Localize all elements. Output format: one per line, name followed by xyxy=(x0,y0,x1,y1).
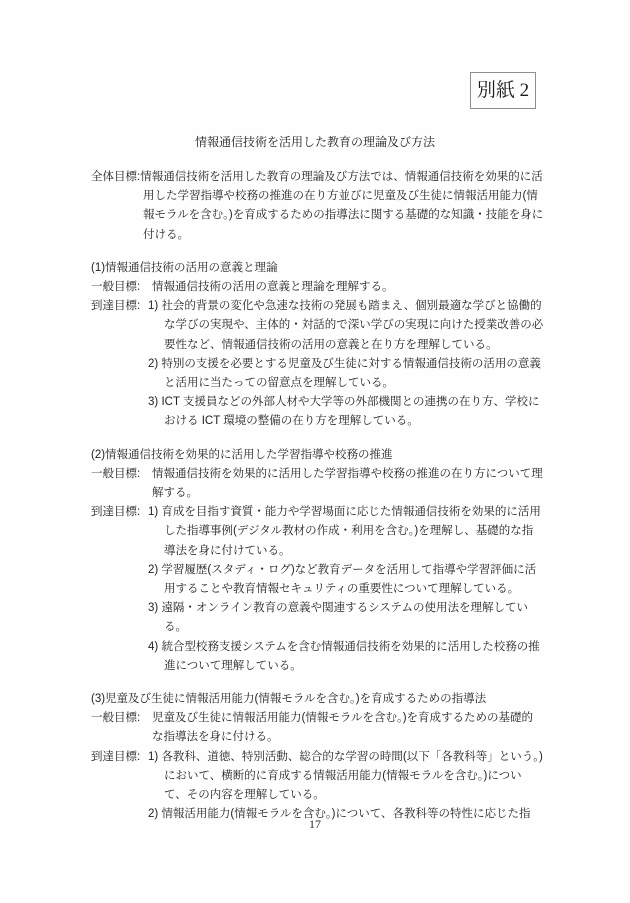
section-2-heading: (2)情報通信技術を効果的に活用した学習指導や校務の推進 xyxy=(91,446,544,465)
item-text: 統合型校務支援システムを含む情報通信技術を効果的に活用した校務の推進について理解… xyxy=(161,641,539,672)
attainment-items: 1) 育成を目指す資質・能力や学習場面に応じた情報通信技術を効果的に活用した指導… xyxy=(148,503,544,676)
overall-goal-paragraph: 全体目標:情報通信技術を活用した教育の理論及び方法では、情報通信技術を効果的に活… xyxy=(91,168,544,245)
section-3: (3)児童及び生徒に情報活用能力(情報モラルを含む。)を育成するための指導法 一… xyxy=(91,690,544,824)
general-goal-text: 児童及び生徒に情報活用能力(情報モラルを含む。)を育成するための基礎的な指導法を… xyxy=(152,709,544,747)
attainment-items: 1) 社会的背景の変化や急速な技術の発展も踏まえ、個別最適な学びと協働的な学びの… xyxy=(148,297,544,431)
item-number: 1) xyxy=(148,506,158,518)
general-goal-text: 情報通信技術の活用の意義と理論を理解する。 xyxy=(152,278,544,297)
item-number: 4) xyxy=(148,641,158,653)
overall-goal-text: 情報通信技術を活用した教育の理論及び方法では、情報通信技術を効果的に活用した学習… xyxy=(140,171,543,241)
item-text: 各教科、道徳、特別活動、総合的な学習の時間(以下「各教科等」という。)において、… xyxy=(161,751,542,801)
item-text: 遠隔・オンライン教育の意義や関連するシステムの使用法を理解している。 xyxy=(161,602,528,633)
attachment-label: 別紙 2 xyxy=(477,81,529,100)
section-2: (2)情報通信技術を効果的に活用した学習指導や校務の推進 一般目標: 情報通信技… xyxy=(91,446,544,676)
attainment-item: 1) 各教科、道徳、特別活動、総合的な学習の時間(以下「各教科等」という。)にお… xyxy=(148,748,544,806)
item-number: 2) xyxy=(148,564,158,576)
section-3-heading: (3)児童及び生徒に情報活用能力(情報モラルを含む。)を育成するための指導法 xyxy=(91,690,544,709)
item-text: 学習履歴(スタディ・ログ)など教育データを活用して指導や学習評価に活用することや… xyxy=(161,564,536,595)
attainment-item: 3) 遠隔・オンライン教育の意義や関連するシステムの使用法を理解している。 xyxy=(148,599,544,637)
item-text: ICT 支援員などの外部人材や大学等の外部機関との連携の在り方、学校における I… xyxy=(161,396,539,427)
attainment-item: 2) 学習履歴(スタディ・ログ)など教育データを活用して指導や学習評価に活用する… xyxy=(148,561,544,599)
item-number: 1) xyxy=(148,300,158,312)
attainment-item: 1) 社会的背景の変化や急速な技術の発展も踏まえ、個別最適な学びと協働的な学びの… xyxy=(148,297,544,355)
attainment-goal-label: 到達目標: xyxy=(91,297,148,431)
general-goal-text: 情報通信技術を効果的に活用した学習指導や校務の推進の在り方について理解する。 xyxy=(152,465,544,503)
section-1: (1)情報通信技術の活用の意義と理論 一般目標: 情報通信技術の活用の意義と理論… xyxy=(91,259,544,432)
attainment-item: 3) ICT 支援員などの外部人材や大学等の外部機関との連携の在り方、学校におけ… xyxy=(148,393,544,431)
general-goal-label: 一般目標: xyxy=(91,465,152,503)
section-1-attainment-goals: 到達目標: 1) 社会的背景の変化や急速な技術の発展も踏まえ、個別最適な学びと協… xyxy=(91,297,544,431)
general-goal-label: 一般目標: xyxy=(91,709,152,747)
section-1-general-goal: 一般目標: 情報通信技術の活用の意義と理論を理解する。 xyxy=(91,278,544,297)
item-text: 特別の支援を必要とする児童及び生徒に対する情報通信技術の活用の意義と活用に当たっ… xyxy=(161,358,541,389)
attainment-item: 4) 統合型校務支援システムを含む情報通信技術を効果的に活用した校務の推進につい… xyxy=(148,638,544,676)
item-number: 1) xyxy=(148,751,158,763)
general-goal-label: 一般目標: xyxy=(91,278,152,297)
attainment-item: 2) 特別の支援を必要とする児童及び生徒に対する情報通信技術の活用の意義と活用に… xyxy=(148,355,544,393)
section-3-general-goal: 一般目標: 児童及び生徒に情報活用能力(情報モラルを含む。)を育成するための基礎… xyxy=(91,709,544,747)
attachment-label-box: 別紙 2 xyxy=(470,72,536,109)
attainment-goal-label: 到達目標: xyxy=(91,503,148,676)
item-number: 3) xyxy=(148,602,158,614)
item-text: 社会的背景の変化や急速な技術の発展も踏まえ、個別最適な学びと協働的な学びの実現や… xyxy=(161,300,543,350)
document-body: 全体目標:情報通信技術を活用した教育の理論及び方法では、情報通信技術を効果的に活… xyxy=(91,168,544,825)
page-number: 17 xyxy=(0,815,630,834)
item-number: 3) xyxy=(148,396,158,408)
overall-goal-label: 全体目標: xyxy=(91,171,140,183)
section-1-heading: (1)情報通信技術の活用の意義と理論 xyxy=(91,259,544,278)
item-text: 育成を目指す資質・能力や学習場面に応じた情報通信技術を効果的に活用した指導事例(… xyxy=(161,506,541,556)
attainment-items: 1) 各教科、道徳、特別活動、総合的な学習の時間(以下「各教科等」という。)にお… xyxy=(148,748,544,825)
item-number: 2) xyxy=(148,358,158,370)
document-page: 別紙 2 情報通信技術を活用した教育の理論及び方法 全体目標:情報通信技術を活用… xyxy=(0,0,630,903)
document-title: 情報通信技術を活用した教育の理論及び方法 xyxy=(0,133,630,152)
section-2-attainment-goals: 到達目標: 1) 育成を目指す資質・能力や学習場面に応じた情報通信技術を効果的に… xyxy=(91,503,544,676)
section-3-attainment-goals: 到達目標: 1) 各教科、道徳、特別活動、総合的な学習の時間(以下「各教科等」と… xyxy=(91,748,544,825)
section-2-general-goal: 一般目標: 情報通信技術を効果的に活用した学習指導や校務の推進の在り方について理… xyxy=(91,465,544,503)
attainment-goal-label: 到達目標: xyxy=(91,748,148,825)
attainment-item: 1) 育成を目指す資質・能力や学習場面に応じた情報通信技術を効果的に活用した指導… xyxy=(148,503,544,561)
